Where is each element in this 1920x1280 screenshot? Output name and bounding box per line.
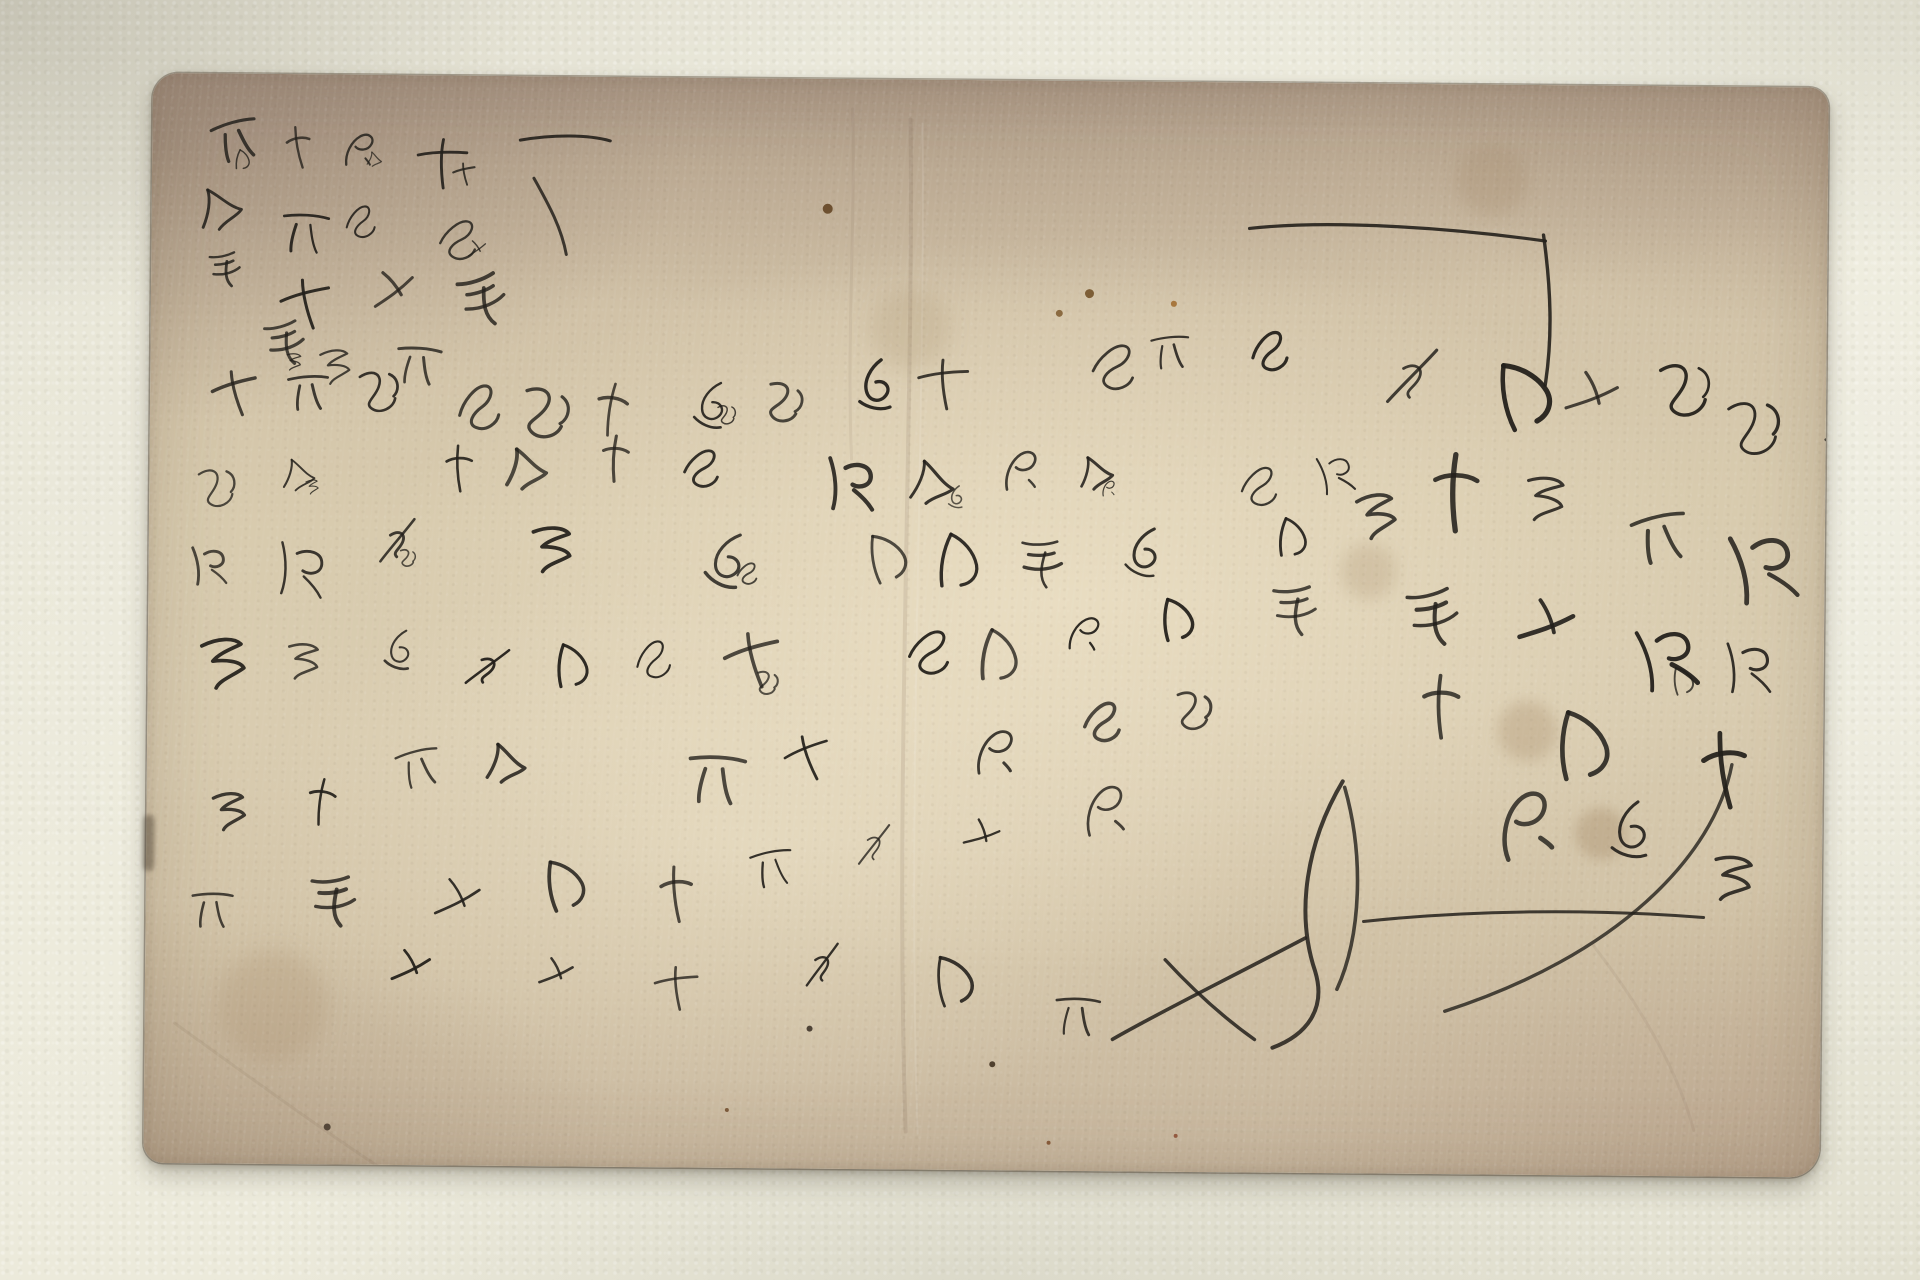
script-glyph: [855, 359, 891, 411]
script-glyph: [1608, 802, 1646, 859]
script-glyph: [456, 384, 500, 431]
script-glyph: [1520, 599, 1575, 642]
script-glyph: [533, 528, 570, 572]
script-glyph: [312, 877, 355, 927]
script-glyph: [750, 849, 795, 888]
script-glyph: [457, 272, 510, 330]
script-glyph: [193, 545, 227, 585]
flourish-stroke: [1445, 762, 1732, 1013]
script-glyph: [415, 137, 468, 190]
script-glyph: [306, 479, 319, 494]
script-glyph: [1435, 454, 1478, 531]
script-glyph: [722, 630, 784, 692]
script-glyph: [198, 466, 238, 509]
script-glyph: [1178, 692, 1212, 729]
script-glyph: [1006, 452, 1036, 490]
script-glyph: [466, 239, 487, 256]
script-glyph: [1631, 512, 1691, 565]
script-glyph: [1728, 397, 1784, 457]
script-glyph: [434, 878, 480, 913]
script-glyph: [1728, 642, 1770, 693]
script-glyph: [307, 778, 337, 826]
script-glyph: [213, 792, 246, 830]
script-glyph: [704, 531, 744, 588]
script-glyph: [909, 631, 948, 673]
script-glyph: [781, 732, 834, 785]
script-glyph: [395, 345, 442, 386]
script-glyph: [1700, 730, 1753, 810]
script-glyph: [978, 731, 1011, 773]
script-glyph: [603, 436, 629, 482]
script-glyph: [964, 818, 1001, 847]
script-glyph: [1317, 452, 1355, 496]
script-glyph: [446, 445, 474, 492]
script-glyph: [1151, 336, 1189, 368]
script-glyph: [1241, 468, 1276, 506]
handwriting-ink-layer: [143, 73, 1828, 1178]
script-glyph: [1250, 331, 1288, 372]
script-glyph: [766, 382, 804, 423]
flourish-stroke: [1364, 910, 1704, 924]
flourish-stroke: [533, 178, 567, 254]
script-glyph: [320, 349, 351, 385]
script-glyph: [359, 368, 401, 413]
script-glyph: [1712, 856, 1751, 902]
photo-root: { "scene": { "kind": "photograph", "desc…: [0, 0, 1920, 1280]
script-glyph: [1103, 481, 1115, 496]
script-glyph: [1566, 371, 1618, 412]
flourish-stroke: [1337, 787, 1358, 989]
script-glyph: [280, 212, 328, 254]
script-glyph: [1125, 527, 1157, 576]
script-glyph: [344, 205, 376, 239]
script-glyph: [800, 944, 844, 986]
script-glyph: [487, 744, 525, 782]
script-glyph: [191, 892, 232, 928]
script-glyph: [981, 629, 1020, 682]
script-glyph: [1424, 675, 1460, 738]
script-glyph: [854, 825, 895, 864]
script-glyph: [830, 458, 872, 510]
script-glyph: [935, 954, 974, 1007]
script-glyph: [1660, 361, 1713, 418]
script-glyph: [659, 865, 696, 923]
script-glyph: [545, 857, 586, 911]
script-glyph: [559, 645, 587, 687]
postcard: Aged tan postcard densely covered with h…: [143, 73, 1828, 1178]
script-glyph: [1084, 703, 1120, 741]
script-glyph: [395, 747, 443, 789]
script-glyph: [1496, 792, 1554, 860]
script-glyph: [235, 150, 250, 171]
script-glyph: [1673, 666, 1694, 695]
flourish-stroke: [1249, 224, 1545, 241]
script-glyph: [1163, 598, 1193, 641]
script-glyph: [1356, 493, 1397, 540]
script-glyph: [1561, 711, 1607, 779]
script-glyph: [1280, 518, 1307, 557]
script-glyph: [655, 967, 698, 1010]
script-glyph: [210, 369, 260, 419]
script-glyph: [1274, 587, 1316, 636]
script-glyph: [466, 646, 509, 687]
script-glyph: [196, 184, 244, 232]
script-glyph: [284, 125, 314, 170]
script-glyph: [278, 542, 324, 597]
script-glyph: [939, 534, 980, 590]
flourish-stroke: [520, 136, 610, 141]
script-glyph: [918, 359, 968, 409]
script-glyph: [633, 640, 671, 681]
script-glyph: [1526, 477, 1563, 521]
script-glyph: [385, 630, 409, 669]
script-glyph: [1637, 623, 1698, 693]
script-glyph: [1407, 588, 1461, 648]
script-glyph: [694, 382, 724, 428]
script-glyph: [369, 267, 417, 307]
script-glyph: [1093, 345, 1134, 389]
script-glyph: [595, 382, 630, 437]
flourish-stroke: [1272, 781, 1342, 1049]
script-glyph: [910, 461, 954, 505]
script-glyph: [686, 754, 745, 806]
script-glyph: [288, 376, 327, 409]
script-glyph: [440, 220, 476, 259]
script-glyph: [201, 637, 246, 689]
script-glyph: [392, 950, 430, 979]
script-glyph: [1054, 997, 1100, 1037]
script-glyph: [375, 519, 419, 561]
script-glyph: [1730, 528, 1797, 605]
script-glyph: [868, 531, 909, 584]
flourish-stroke: [1112, 936, 1305, 1041]
script-glyph: [539, 958, 572, 983]
flourish-stroke: [1542, 235, 1551, 385]
script-glyph: [210, 252, 242, 288]
script-glyph: [524, 388, 570, 438]
script-glyph: [288, 644, 317, 679]
script-glyph: [1084, 786, 1125, 835]
script-glyph: [947, 486, 962, 508]
script-glyph: [453, 163, 476, 186]
script-glyph: [210, 118, 261, 164]
script-glyph: [506, 448, 547, 489]
script-glyph: [1385, 350, 1440, 401]
script-glyph: [684, 450, 718, 486]
script-glyph: [1069, 616, 1099, 652]
script-glyph: [1021, 540, 1063, 588]
script-glyph: [401, 550, 416, 566]
script-glyph: [264, 320, 307, 368]
script-glyph: [1079, 455, 1114, 490]
